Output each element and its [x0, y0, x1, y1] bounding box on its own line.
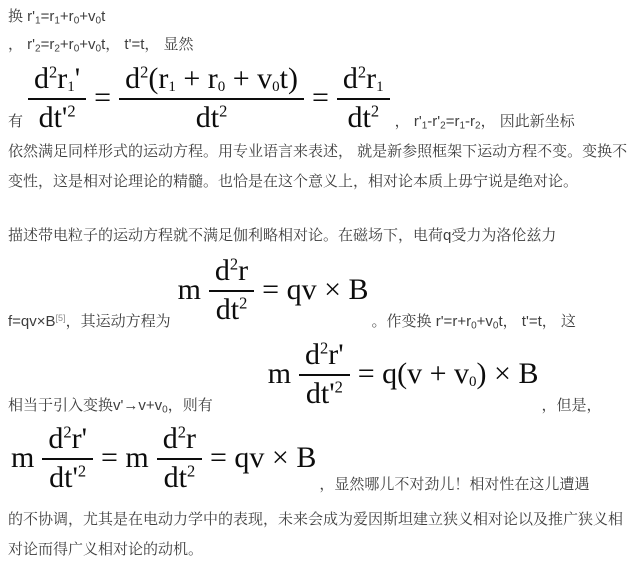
fraction: d2rdt2 — [209, 253, 254, 327]
equation-trail-text: ， r'1-r'2=r1-r2， 因此新坐标 — [395, 109, 575, 135]
equation-contradiction: md2r'dt'2= md2rdt2= qv × B — [8, 421, 319, 495]
equation-lead-text: 相当于引入变换v'→v+v0，则有 — [8, 393, 213, 419]
inline-formula-line-r2: ， r'2=r2+r0+v0t， t'=t， 显然 — [8, 31, 631, 59]
fraction-numerator: d2(r1 + r0 + v0t) — [119, 61, 304, 100]
fraction-denominator: dt'2 — [49, 460, 86, 495]
equation-term: = — [94, 83, 111, 113]
paragraph-lorentz-intro: 描述带电粒子的运动方程就不满足伽利略相对论。在磁场下，电荷q受力为洛伦兹力 — [8, 221, 631, 251]
equation-term: m — [11, 443, 34, 473]
equation-term: = — [312, 83, 329, 113]
inline-formula-line-r1: 换 r'1=r1+r0+v0t — [8, 3, 631, 31]
equation-term: = qv × B — [210, 443, 316, 473]
equation-trail-text: ，但是， — [541, 393, 601, 419]
equation-lead-text: f=qv×B[5]，其运动方程为 — [8, 309, 171, 335]
equation-trail-text: 。作变换 r'=r+r0+v0t， t'=t， 这 — [372, 309, 576, 335]
fraction: d2r'dt'2 — [299, 337, 350, 411]
fraction-numerator: d2r — [209, 253, 254, 292]
equation-lorentz-motion: md2rdt2= qv × B — [175, 253, 372, 327]
equation-term: = m — [101, 443, 149, 473]
reference-marker: [5] — [56, 313, 66, 323]
fraction-denominator: dt2 — [196, 100, 228, 135]
closing-line-1: 的不协调，尤其是在电动力学中的表现，未来会成为爱因斯坦建立狭义相对论以及推广狭义… — [8, 511, 623, 528]
equation-row-contradiction: md2r'dt'2= md2rdt2= qv × B ，显然哪儿不对劲儿！相对性… — [8, 421, 631, 498]
fraction-numerator: d2r' — [299, 337, 350, 376]
equation-row-transformed: 相当于引入变换v'→v+v0，则有 md2r'dt'2= q(v + v0) ×… — [8, 337, 631, 419]
fraction: d2r'dt'2 — [42, 421, 93, 495]
fraction-numerator: d2r1' — [28, 61, 86, 100]
equation-transformed-motion: md2r'dt'2= q(v + v0) × B — [265, 337, 542, 411]
equation-term: m — [268, 359, 291, 389]
equation-term: = q(v + v0) × B — [358, 359, 539, 389]
equation-lead-text: 有 — [8, 109, 23, 135]
equation-galilean-invariance: d2r1'dt'2=d2(r1 + r0 + v0t)dt2=d2r1dt2 — [23, 61, 395, 135]
fraction-denominator: dt'2 — [39, 100, 76, 135]
inline-formula-f: f=qv×B — [8, 313, 56, 330]
lead-text-tail: ，其运动方程为 — [66, 313, 171, 330]
equation-row-galilean: 有 d2r1'dt'2=d2(r1 + r0 + v0t)dt2=d2r1dt2… — [8, 61, 631, 135]
closing-line-2: 对论而得广义相对论的动机。 — [8, 541, 203, 558]
article-body: 换 r'1=r1+r0+v0t ， r'2=r2+r0+v0t， t'=t， 显… — [0, 0, 640, 571]
equation-term: m — [178, 275, 201, 305]
paragraph-invariance: 依然满足同样形式的运动方程。用专业语言来表述， 就是新参照框架下运动方程不变。变… — [8, 137, 631, 197]
fraction-numerator: d2r — [157, 421, 202, 460]
fraction: d2r1'dt'2 — [28, 61, 86, 135]
fraction: d2(r1 + r0 + v0t)dt2 — [119, 61, 304, 135]
paragraph-closing: 的不协调，尤其是在电动力学中的表现，未来会成为爱因斯坦建立狭义相对论以及推广狭义… — [8, 505, 631, 565]
fraction-denominator: dt'2 — [306, 376, 343, 411]
fraction-denominator: dt2 — [348, 100, 380, 135]
fraction-denominator: dt2 — [216, 292, 248, 327]
equation-row-lorentz: f=qv×B[5]，其运动方程为 md2rdt2= qv × B 。作变换 r'… — [8, 253, 631, 335]
fraction-numerator: d2r1 — [337, 61, 390, 100]
fraction: d2r1dt2 — [337, 61, 390, 135]
fraction: d2rdt2 — [157, 421, 202, 495]
equation-trail-text: ，显然哪儿不对劲儿！相对性在这儿遭遇 — [319, 472, 589, 498]
fraction-numerator: d2r' — [42, 421, 93, 460]
equation-term: = qv × B — [262, 275, 368, 305]
fraction-denominator: dt2 — [164, 460, 196, 495]
